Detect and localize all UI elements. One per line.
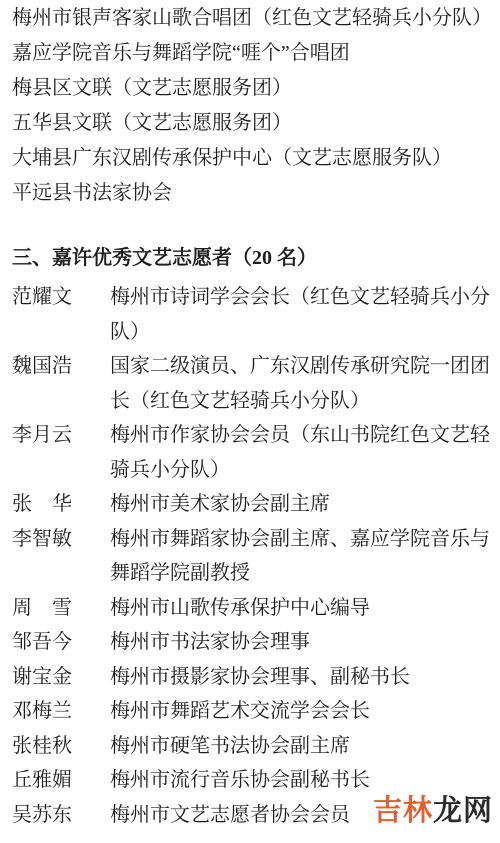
document-page: 梅州市银声客家山歌合唱团（红色文艺轻骑兵小分队） 嘉应学院音乐与舞蹈学院“啀个”… [0,0,500,843]
volunteer-desc: 梅州市流行音乐协会副秘书长 [110,763,370,798]
volunteer-name: 李月云 [12,418,110,453]
volunteer-name: 魏国浩 [12,349,110,384]
desc-line: 梅州市诗词学会会长（红色文艺轻骑兵小分 [110,280,490,315]
volunteer-desc: 梅州市文艺志愿者协会会员 [110,798,350,833]
volunteer-desc: 梅州市舞蹈艺术交流学会会长 [110,694,370,729]
volunteer-row: 周 雪 梅州市山歌传承保护中心编导 [12,591,500,626]
volunteer-name: 邹吾今 [12,625,110,660]
watermark-part1: 吉林 [373,795,433,827]
volunteer-name: 李智敏 [12,522,110,557]
volunteer-name: 谢宝金 [12,660,110,695]
volunteer-row: 张桂秋 梅州市硬笔书法协会副主席 [12,729,500,764]
volunteer-name: 邓梅兰 [12,694,110,729]
desc-line: 梅州市摄影家协会理事、副秘书长 [110,660,410,695]
desc-line: 队） [110,315,490,350]
desc-line: 梅州市文艺志愿者协会会员 [110,798,350,833]
volunteer-row: 谢宝金 梅州市摄影家协会理事、副秘书长 [12,660,500,695]
org-list-item: 梅州市银声客家山歌合唱团（红色文艺轻骑兵小分队） [12,1,500,36]
volunteer-row: 邓梅兰 梅州市舞蹈艺术交流学会会长 [12,694,500,729]
volunteer-desc: 梅州市诗词学会会长（红色文艺轻骑兵小分 队） [110,280,490,349]
volunteer-name: 张 华 [12,487,110,522]
org-list-item: 五华县文联（文艺志愿服务团） [12,106,500,141]
volunteer-name: 范耀文 [12,280,110,315]
volunteer-row: 李月云 梅州市作家协会会员（东山书院红色文艺轻 骑兵小分队） [12,418,500,487]
volunteer-desc: 梅州市山歌传承保护中心编导 [110,591,370,626]
site-watermark: 吉林龙网 [373,788,493,829]
volunteer-name: 吴苏东 [12,798,110,833]
org-list-item: 嘉应学院音乐与舞蹈学院“啀个”合唱团 [12,36,500,71]
volunteer-desc: 梅州市美术家协会副主席 [110,487,330,522]
desc-line: 梅州市硬笔书法协会副主席 [110,729,350,764]
volunteer-desc: 梅州市硬笔书法协会副主席 [110,729,350,764]
org-list-item: 大埔县广东汉剧传承保护中心（文艺志愿服务队） [12,141,500,176]
desc-line: 梅州市作家协会会员（东山书院红色文艺轻 [110,418,490,453]
volunteer-row: 李智敏 梅州市舞蹈家协会副主席、嘉应学院音乐与 舞蹈学院副教授 [12,522,500,591]
desc-line: 梅州市舞蹈艺术交流学会会长 [110,694,370,729]
org-list-item: 梅县区文联（文艺志愿服务团） [12,71,500,106]
volunteer-row: 范耀文 梅州市诗词学会会长（红色文艺轻骑兵小分 队） [12,280,500,349]
volunteer-row: 张 华 梅州市美术家协会副主席 [12,487,500,522]
volunteer-desc: 梅州市书法家协会理事 [110,625,310,660]
volunteer-name: 丘雅媚 [12,763,110,798]
section-heading: 三、嘉许优秀文艺志愿者（20 名） [12,241,500,276]
desc-line: 梅州市山歌传承保护中心编导 [110,591,370,626]
desc-line: 梅州市舞蹈家协会副主席、嘉应学院音乐与 [110,522,490,557]
volunteer-list: 范耀文 梅州市诗词学会会长（红色文艺轻骑兵小分 队） 魏国浩 国家二级演员、广东… [12,280,500,832]
org-list-item: 平远县书法家协会 [12,176,500,211]
volunteer-desc: 梅州市摄影家协会理事、副秘书长 [110,660,410,695]
volunteer-row: 邹吾今 梅州市书法家协会理事 [12,625,500,660]
org-list: 梅州市银声客家山歌合唱团（红色文艺轻骑兵小分队） 嘉应学院音乐与舞蹈学院“啀个”… [12,1,500,211]
volunteer-desc: 梅州市作家协会会员（东山书院红色文艺轻 骑兵小分队） [110,418,490,487]
desc-line: 骑兵小分队） [110,453,490,488]
desc-line: 梅州市书法家协会理事 [110,625,310,660]
desc-line: 舞蹈学院副教授 [110,556,490,591]
desc-line: 国家二级演员、广东汉剧传承研究院一团团 [110,349,490,384]
volunteer-name: 张桂秋 [12,729,110,764]
volunteer-desc: 国家二级演员、广东汉剧传承研究院一团团 长（红色文艺轻骑兵小分队） [110,349,490,418]
volunteer-row: 魏国浩 国家二级演员、广东汉剧传承研究院一团团 长（红色文艺轻骑兵小分队） [12,349,500,418]
watermark-part2: 龙网 [433,795,493,827]
desc-line: 梅州市美术家协会副主席 [110,487,330,522]
volunteer-name: 周 雪 [12,591,110,626]
desc-line: 梅州市流行音乐协会副秘书长 [110,763,370,798]
volunteer-desc: 梅州市舞蹈家协会副主席、嘉应学院音乐与 舞蹈学院副教授 [110,522,490,591]
desc-line: 长（红色文艺轻骑兵小分队） [110,384,490,419]
